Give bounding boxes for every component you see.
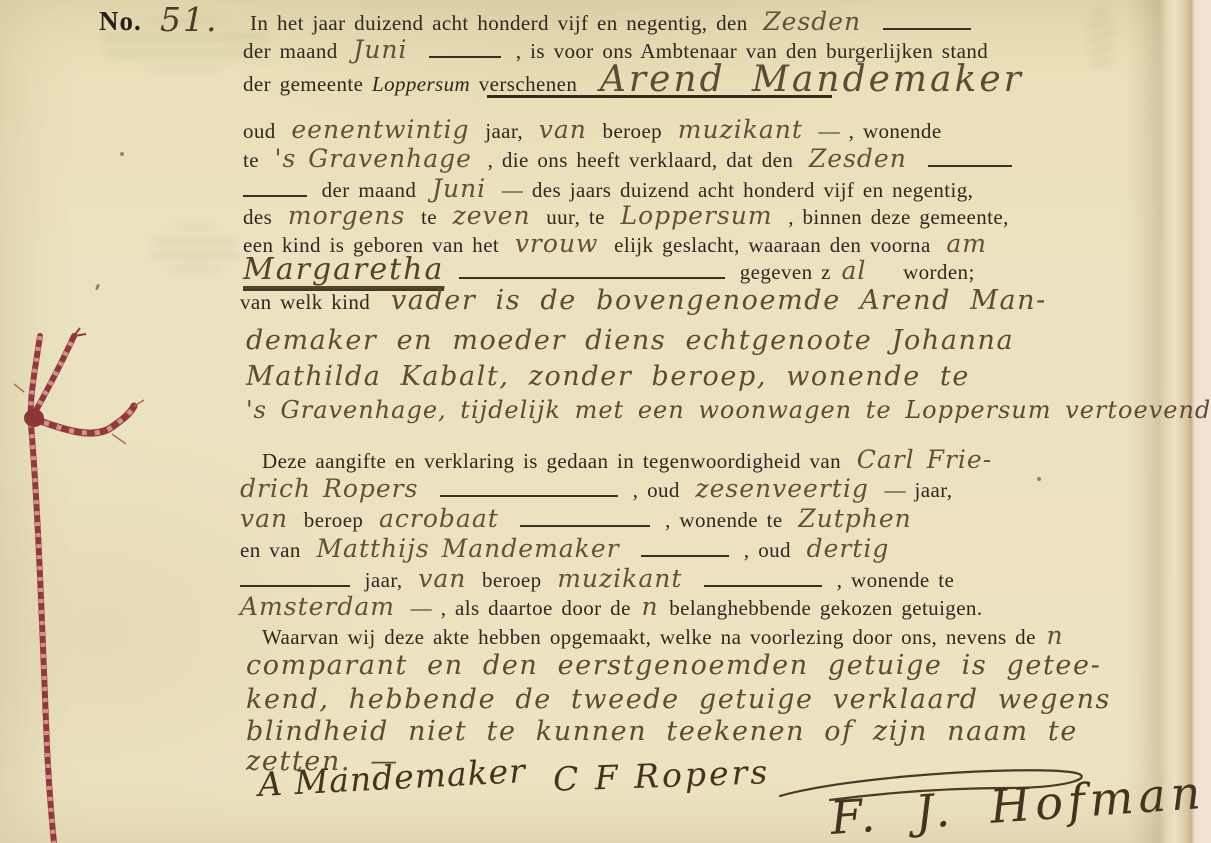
document-line: der maand Juni — des jaars duizend acht … [243, 176, 973, 201]
paper-speck [1037, 477, 1041, 481]
handwritten-witness2-residence: Amsterdam [240, 592, 395, 621]
handwritten-hour: zeven [453, 201, 531, 230]
handwritten-month: Juni [353, 35, 407, 64]
handwritten-month: Juni [432, 174, 486, 203]
handwritten-daypart: morgens [288, 201, 405, 230]
document-line: demaker en moeder diens echtgenoote Joha… [246, 327, 1014, 354]
printed-text: jaar, [365, 568, 403, 592]
printed-text: belanghebbende gekozen getuigen. [669, 596, 982, 620]
printed-text: , wonende te [665, 508, 783, 532]
act-number-value: 51. [160, 0, 218, 39]
printed-text: , binnen deze gemeente, [788, 205, 1009, 229]
printed-text: — , als daartoe door de [411, 596, 631, 620]
printed-text: Deze aangifte en verklaring is gedaan in… [262, 449, 841, 473]
blank-rule [459, 274, 725, 279]
signature-witness: C F Ropers [552, 752, 770, 799]
document-line: Amsterdam — , als daartoe door de n bela… [240, 594, 982, 619]
handwritten-witness1-residence: Zutphen [798, 504, 912, 533]
printed-text: beroep [603, 119, 663, 143]
handwritten-text: van [539, 115, 587, 144]
printed-text: — des jaars duizend acht honderd vijf en… [502, 178, 973, 202]
document-line: Deze aangifte en verklaring is gedaan in… [262, 447, 999, 472]
document-line: des morgens te zeven uur, te Loppersum ,… [243, 203, 1009, 228]
handwritten-place: Loppersum [621, 201, 773, 230]
blank-rule [883, 25, 971, 30]
handwritten-residence: 's Gravenhage [275, 144, 472, 173]
document-line: In het jaar duizend acht honderd vijf en… [250, 9, 977, 34]
printed-text: — jaar, [884, 478, 952, 502]
printed-text: gegeven z [740, 260, 831, 284]
handwritten-parents: vader is de bovengenoemde Arend Man- [391, 285, 1047, 316]
printed-text: , wonende te [837, 568, 955, 592]
printed-text: der maand [243, 39, 338, 63]
handwritten-witness1-name: Carl Frie- [857, 445, 992, 474]
document-line: van beroep acrobaat , wonende te Zutphen [240, 506, 919, 531]
act-number-label: No. [99, 6, 142, 37]
handwritten-closing: comparant en den eerstgenoemden getuige … [246, 650, 1101, 681]
printed-text: elijk geslacht, waaraan den voorna [614, 233, 931, 257]
handwritten-closing: blindheid niet te kunnen teekenen of zij… [246, 716, 1078, 747]
printed-text: Waarvan wij deze akte hebben opgemaakt, … [262, 625, 1036, 649]
document-line: oud eenentwintig jaar, van beroep muzika… [243, 117, 942, 142]
handwritten-parents: Mathilda Kabalt, zonder beroep, wonende … [246, 361, 970, 392]
handwritten-witness1-occupation: acrobaat [379, 504, 499, 533]
blank-rule [240, 582, 350, 587]
blank-rule [520, 522, 650, 527]
handwritten-day: Zesden [763, 7, 861, 36]
printed-text: , oud [633, 478, 680, 502]
handwritten-witness1-name: drich Ropers [240, 474, 418, 503]
document-line: 's Gravenhage, tijdelijk met een woonwag… [246, 398, 1211, 422]
printed-text: oud [243, 119, 276, 143]
ink-bleed-through [1088, 2, 1114, 72]
handwritten-text: al [842, 256, 867, 285]
blank-rule [243, 192, 307, 197]
blank-rule [440, 492, 618, 497]
handwritten-witness2-name: Matthijs Mandemaker [316, 534, 619, 563]
printed-text: verschenen [479, 72, 577, 96]
printed-text: te [243, 148, 259, 172]
printed-text: des [243, 205, 272, 229]
printed-text: beroep [304, 508, 364, 532]
printed-text: , die ons heeft verklaard, dat den [488, 148, 794, 172]
printed-text: , oud [744, 538, 791, 562]
handwritten-witness1-age: zesenveertig [695, 474, 868, 503]
ink-bleed-through [150, 225, 240, 273]
document-line: Mathilda Kabalt, zonder beroep, wonende … [246, 363, 970, 390]
printed-text: der gemeente [243, 72, 363, 96]
document-line: blindheid niet te kunnen teekenen of zij… [246, 718, 1078, 745]
printed-municipality: Loppersum [372, 72, 470, 96]
paper-speck [95, 284, 100, 291]
handwritten-occupation: muzikant [678, 115, 803, 144]
document-line: van welk kind vader is de bovengenoemde … [240, 287, 1047, 314]
printed-text: — , wonende [819, 119, 942, 143]
printed-text: te [421, 205, 437, 229]
blank-rule [641, 552, 729, 557]
handwritten-closing: kend, hebbende de tweede getuige verklaa… [246, 684, 1111, 715]
document-line: en van Matthijs Mandemaker , oud dertig [240, 536, 896, 561]
document-line: Waarvan wij deze akte hebben opgemaakt, … [262, 623, 1066, 648]
handwritten-declarant-name: Arend Mandemaker [600, 59, 1024, 100]
printed-text: der maand [322, 178, 417, 202]
blank-rule [429, 53, 501, 58]
document-line: drich Ropers , oud zesenveertig — jaar, [240, 476, 952, 501]
blank-rule [704, 582, 822, 587]
document-line: kend, hebbende de tweede getuige verklaa… [246, 686, 1111, 713]
handwritten-text: van [240, 504, 288, 533]
handwritten-day: Zesden [809, 144, 907, 173]
printed-text: In het jaar duizend acht honderd vijf en… [250, 11, 748, 35]
document-line: te 's Gravenhage , die ons heeft verklaa… [243, 146, 1018, 171]
handwritten-gender: vrouw [515, 229, 599, 258]
handwritten-witness2-occupation: muzikant [557, 564, 682, 593]
printed-text: en van [240, 538, 301, 562]
birth-certificate-scan: No. 51. In het jaar duizend acht honderd… [0, 0, 1211, 843]
printed-text: jaar, [485, 119, 523, 143]
document-line: jaar, van beroep muzikant , wonende te [240, 566, 954, 591]
blank-rule [487, 95, 832, 98]
document-line: der gemeente Loppersum verschenen Arend … [243, 62, 1024, 98]
handwritten-witness2-age: dertig [807, 534, 890, 563]
handwritten-text: van [418, 564, 466, 593]
document-line: Margaretha gegeven z al worden; [243, 255, 975, 285]
printed-text: uur, te [546, 205, 605, 229]
printed-text: worden; [903, 260, 975, 284]
handwritten-text: am [946, 229, 987, 258]
handwritten-age: eenentwintig [291, 115, 469, 144]
document-line: comparant en den eerstgenoemden getuige … [246, 652, 1101, 679]
binding-thread-icon [0, 322, 154, 843]
printed-text: van welk kind [240, 290, 370, 314]
blank-rule [928, 162, 1012, 167]
handwritten-parents: demaker en moeder diens echtgenoote Joha… [246, 325, 1014, 356]
paper-speck [120, 152, 124, 156]
handwritten-text: n [641, 592, 658, 621]
printed-text: beroep [482, 568, 542, 592]
handwritten-text: n [1046, 621, 1063, 650]
handwritten-parents: 's Gravenhage, tijdelijk met een woonwag… [246, 396, 1211, 424]
